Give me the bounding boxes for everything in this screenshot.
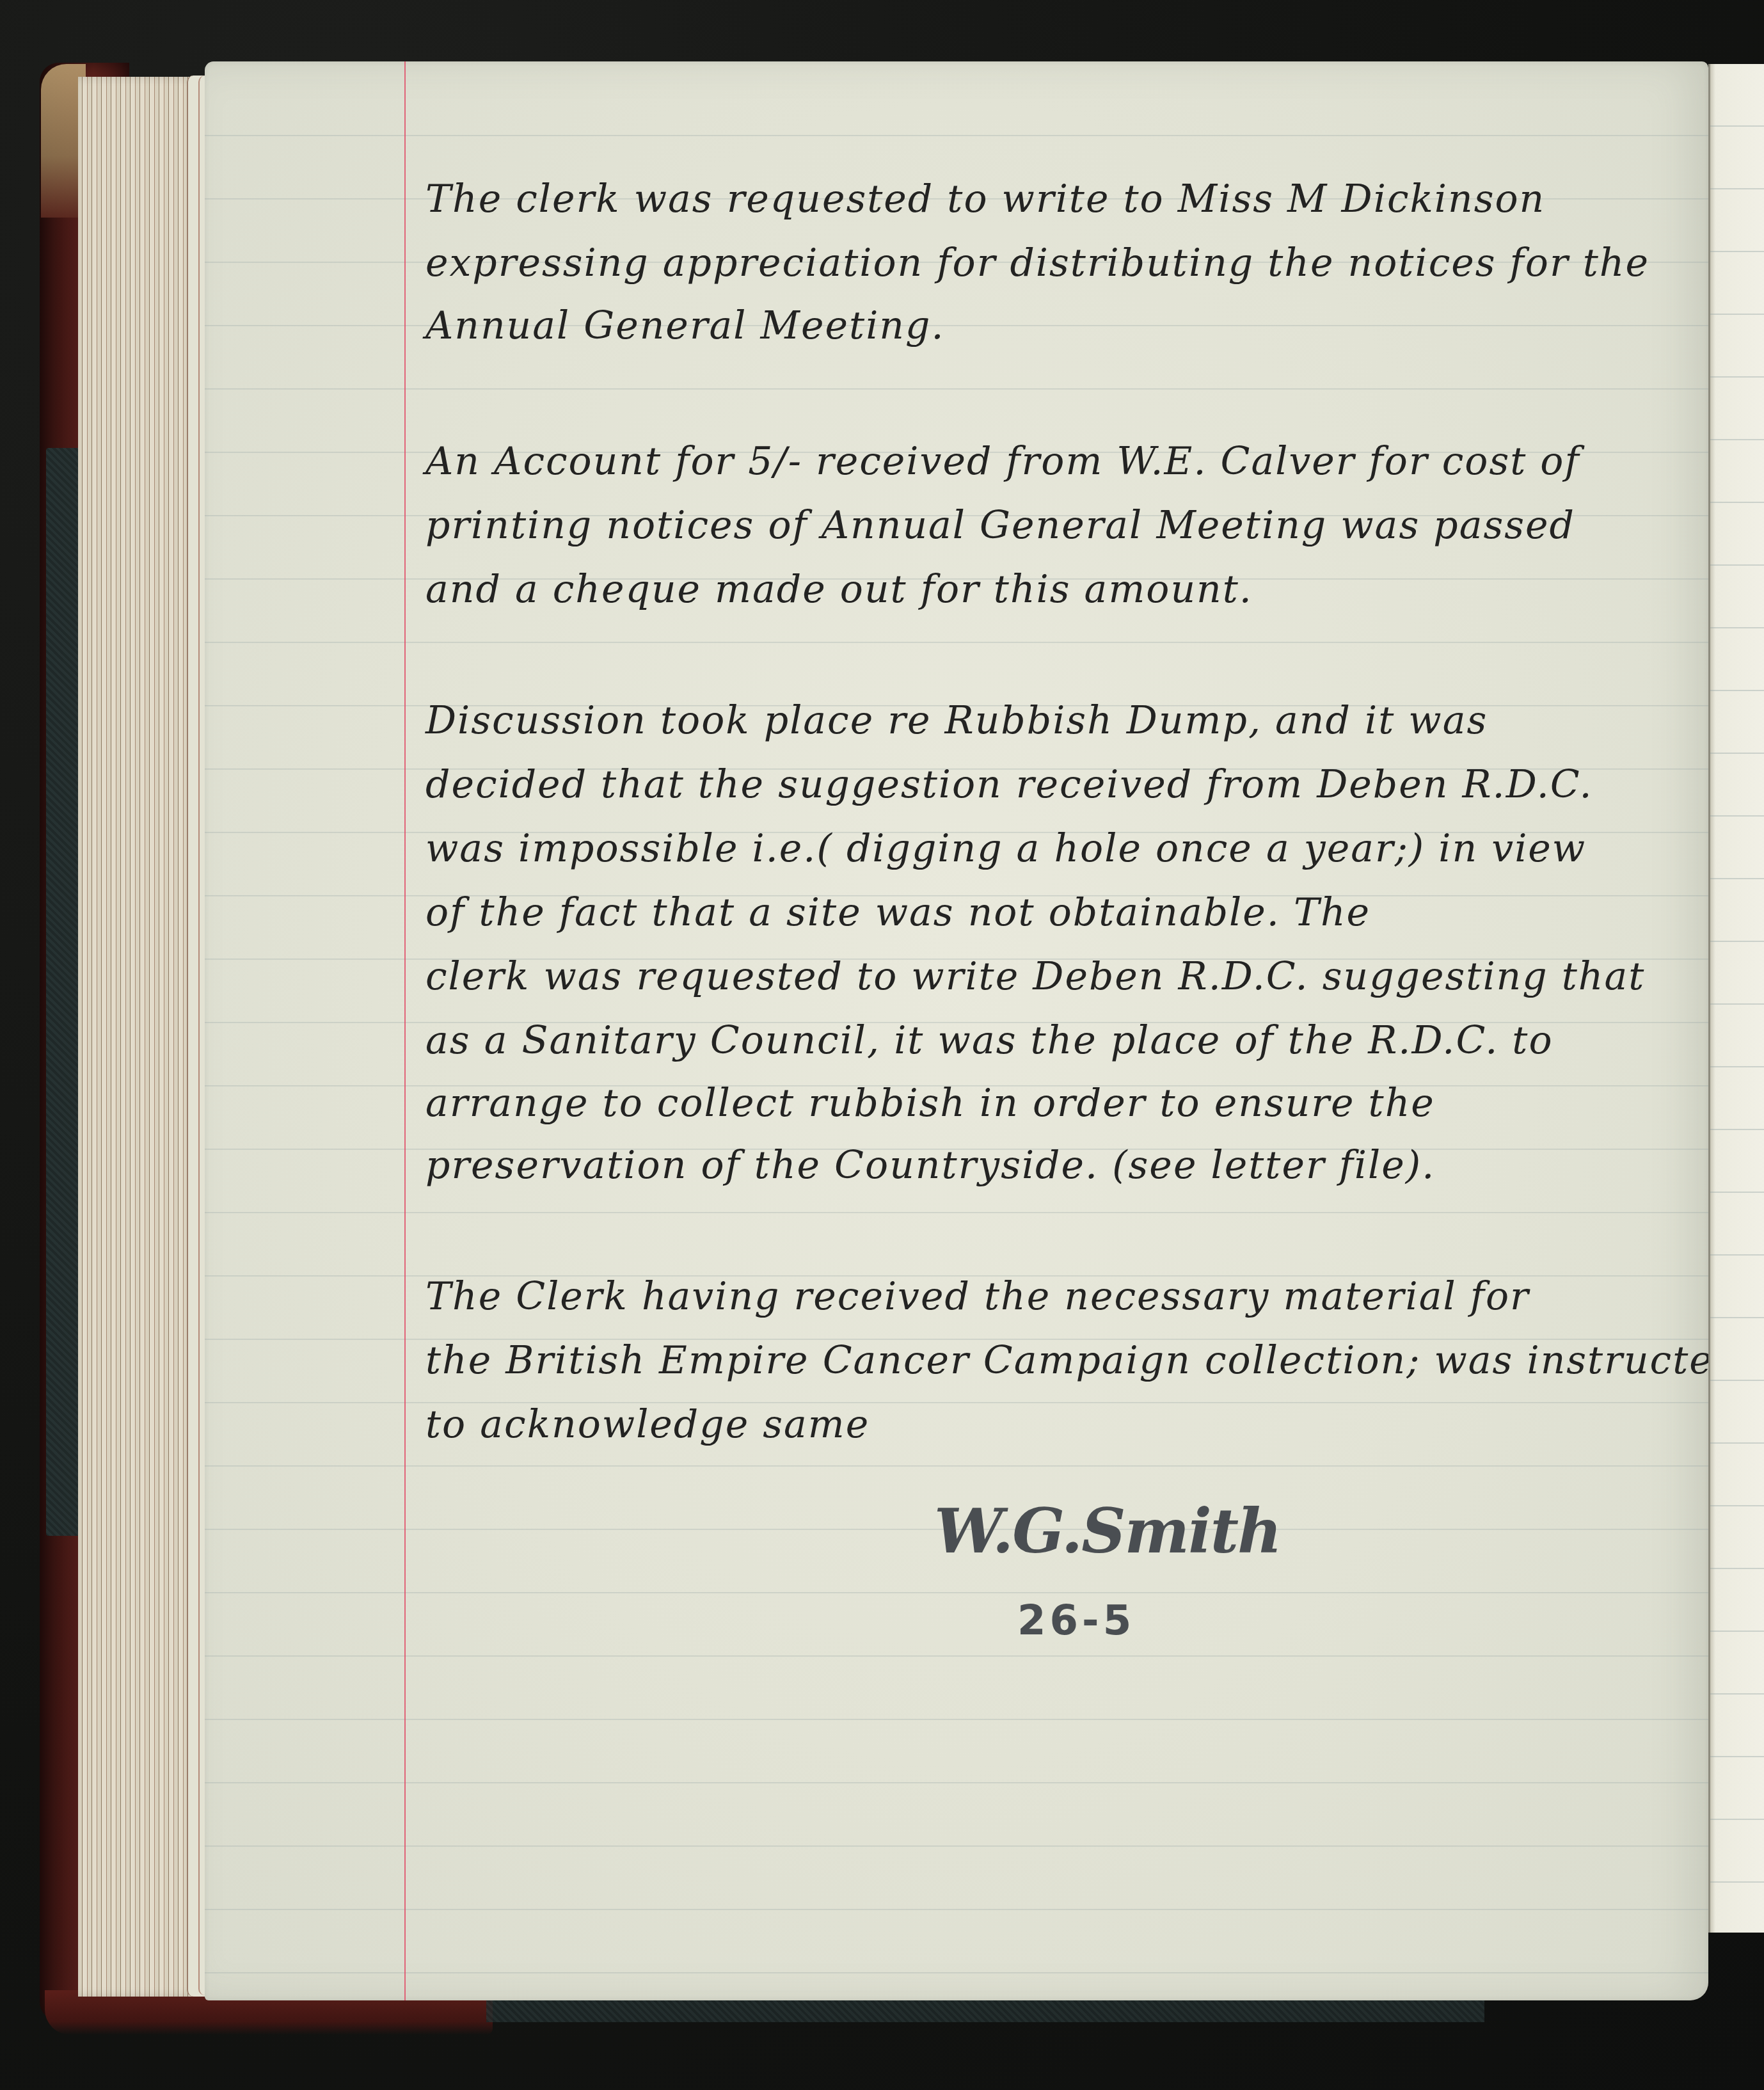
handwritten-line: clerk was requested to write Deben R.D.C… <box>425 954 1645 999</box>
handwritten-line: An Account for 5/- received from W.E. Ca… <box>425 439 1580 484</box>
ledger-page: The clerk was requested to write to Miss… <box>205 61 1708 2000</box>
handwritten-line: the British Empire Cancer Campaign colle… <box>425 1338 1708 1383</box>
signature-date: 26-5 <box>1017 1597 1135 1645</box>
handwritten-line: printing notices of Annual General Meeti… <box>425 503 1575 548</box>
handwritten-line: arrange to collect rubbish in order to e… <box>425 1081 1435 1126</box>
handwritten-line: and a cheque made out for this amount. <box>425 567 1253 612</box>
facing-page-ruled-lines <box>1710 64 1764 1933</box>
handwritten-line: of the fact that a site was not obtainab… <box>425 890 1371 935</box>
handwritten-line: as a Sanitary Council, it was the place … <box>425 1018 1553 1063</box>
signature: W.G.Smith <box>934 1495 1281 1567</box>
handwritten-line: Discussion took place re Rubbish Dump, a… <box>425 698 1488 743</box>
handwritten-line: preservation of the Countryside. (see le… <box>425 1143 1435 1188</box>
handwritten-line: Annual General Meeting. <box>425 303 944 348</box>
handwritten-line: The clerk was requested to write to Miss… <box>425 177 1545 221</box>
book-cover-bottom-cloth <box>486 1997 1484 2022</box>
handwritten-line: decided that the suggestion received fro… <box>425 762 1593 807</box>
handwritten-line: The Clerk having received the necessary … <box>425 1274 1530 1319</box>
handwritten-line: expressing appreciation for distributing… <box>425 241 1649 285</box>
handwritten-line: was impossible i.e.( digging a hole once… <box>425 826 1586 871</box>
handwritten-line: to acknowledge same <box>425 1402 870 1447</box>
facing-page-edge <box>1708 64 1764 1933</box>
red-margin-line <box>404 61 406 2000</box>
